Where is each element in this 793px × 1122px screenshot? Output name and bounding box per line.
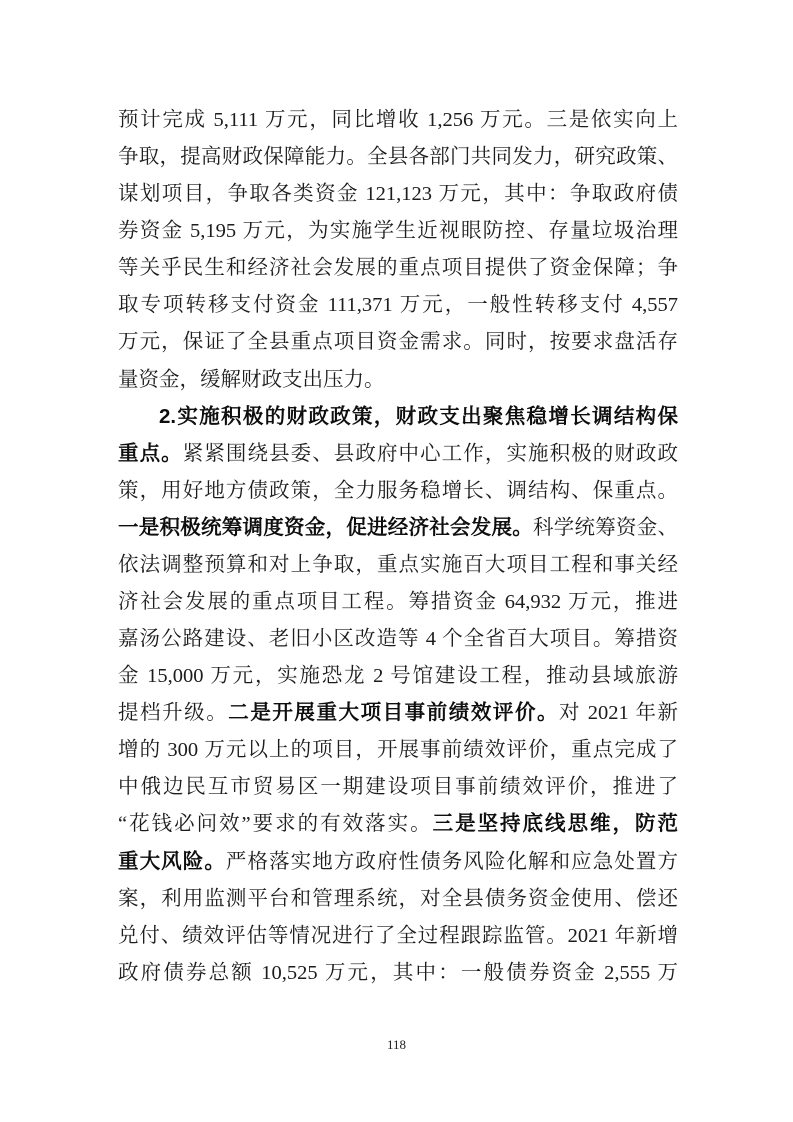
text-run: 兑付、绩效评估等情况进行了全过程跟踪监管。2021 年新增	[118, 925, 678, 947]
text-run: 等关乎民生和经济社会发展的重点项目提供了资金保障；争	[118, 257, 678, 279]
page-number: 118	[0, 1036, 793, 1054]
text-run: 金 15,000 万元，实施恐龙 2 号馆建设工程，推动县域旅游	[118, 665, 678, 687]
text-line: 兑付、绩效评估等情况进行了全过程跟踪监管。2021 年新增	[118, 917, 678, 954]
text-run: 嘉汤公路建设、老旧小区改造等 4 个全省百大项目。筹措资	[118, 628, 678, 650]
text-run: 争取，提高财政保障能力。全县各部门共同发力，研究政策、	[118, 146, 678, 168]
text-run: 科学统筹资金、	[533, 517, 678, 539]
text-run: 依法调整预算和对上争取，重点实施百大项目工程和事关经	[118, 554, 678, 576]
text-run: 券资金 5,195 万元，为实施学生近视眼防控、存量垃圾治理	[118, 220, 678, 242]
text-run: 预计完成 5,111 万元，同比增收 1,256 万元。三是依实向上	[118, 109, 678, 131]
text-run: 增的 300 万元以上的项目，开展事前绩效评价，重点完成了	[118, 739, 678, 761]
text-run-bold: 三是坚持底线思维，防范	[433, 812, 678, 835]
text-line: “花钱必问效”要求的有效落实。三是坚持底线思维，防范	[118, 805, 678, 842]
text-line: 预计完成 5,111 万元，同比增收 1,256 万元。三是依实向上	[118, 101, 678, 138]
text-run-bold: 一是积极统筹调度资金，促进经济社会发展。	[118, 516, 533, 539]
text-line: 重点。紧紧围绕县委、县政府中心工作，实施积极的财政政	[118, 435, 678, 472]
text-line: 中俄边民互市贸易区一期建设项目事前绩效评价，推进了	[118, 768, 678, 805]
text-run: 案，利用监测平台和管理系统，对全县债务资金使用、偿还	[118, 888, 678, 910]
text-line: 重大风险。严格落实地方政府性债务风险化解和应急处置方	[118, 843, 678, 880]
text-line: 一是积极统筹调度资金，促进经济社会发展。科学统筹资金、	[118, 509, 678, 546]
text-run: 策，用好地方债政策，全力服务稳增长、调结构、保重点。	[118, 480, 678, 502]
text-run: 中俄边民互市贸易区一期建设项目事前绩效评价，推进了	[118, 776, 678, 798]
text-run: 严格落实地方政府性债务风险化解和应急处置方	[226, 851, 678, 873]
text-run: “花钱必问效”要求的有效落实。	[118, 813, 433, 835]
text-run: 谋划项目，争取各类资金 121,123 万元，其中：争取政府债	[118, 183, 678, 205]
document-page: 预计完成 5,111 万元，同比增收 1,256 万元。三是依实向上 争取，提高…	[0, 0, 793, 1122]
text-line: 争取，提高财政保障能力。全县各部门共同发力，研究政策、	[118, 138, 678, 175]
text-run-bold: 重大风险。	[118, 850, 226, 873]
text-line-paragraph-end: 量资金，缓解财政支出压力。	[118, 361, 678, 398]
text-run-bold: 重点。	[118, 442, 183, 465]
text-line: 政府债券总额 10,525 万元，其中：一般债券资金 2,555 万	[118, 954, 678, 991]
text-line: 增的 300 万元以上的项目，开展事前绩效评价，重点完成了	[118, 731, 678, 768]
text-line: 济社会发展的重点项目工程。筹措资金 64,932 万元，推进	[118, 583, 678, 620]
text-run: 万元，保证了全县重点项目资金需求。同时，按要求盘活存	[118, 331, 678, 353]
text-line: 取专项转移支付资金 111,371 万元，一般性转移支付 4,557	[118, 286, 678, 323]
text-run: 量资金，缓解财政支出压力。	[118, 369, 385, 391]
text-line: 等关乎民生和经济社会发展的重点项目提供了资金保障；争	[118, 249, 678, 286]
text-line: 金 15,000 万元，实施恐龙 2 号馆建设工程，推动县域旅游	[118, 657, 678, 694]
text-line: 依法调整预算和对上争取，重点实施百大项目工程和事关经	[118, 546, 678, 583]
text-run: 政府债券总额 10,525 万元，其中：一般债券资金 2,555 万	[118, 962, 678, 984]
body-text-block: 预计完成 5,111 万元，同比增收 1,256 万元。三是依实向上 争取，提高…	[118, 101, 678, 991]
text-run-bold: 2.实施积极的财政政策，财政支出聚焦稳增长调结构保	[159, 405, 678, 428]
text-line: 案，利用监测平台和管理系统，对全县债务资金使用、偿还	[118, 880, 678, 917]
text-line: 万元，保证了全县重点项目资金需求。同时，按要求盘活存	[118, 323, 678, 360]
text-line: 嘉汤公路建设、老旧小区改造等 4 个全省百大项目。筹措资	[118, 620, 678, 657]
text-run: 对 2021 年新	[559, 702, 678, 724]
text-run-bold: 二是开展重大项目事前绩效评价。	[228, 701, 559, 724]
text-run: 济社会发展的重点项目工程。筹措资金 64,932 万元，推进	[118, 591, 678, 613]
text-run: 提档升级。	[118, 702, 228, 724]
text-line: 谋划项目，争取各类资金 121,123 万元，其中：争取政府债	[118, 175, 678, 212]
text-line-paragraph-start: 2.实施积极的财政政策，财政支出聚焦稳增长调结构保	[118, 398, 678, 435]
text-line: 券资金 5,195 万元，为实施学生近视眼防控、存量垃圾治理	[118, 212, 678, 249]
text-run: 紧紧围绕县委、县政府中心工作，实施积极的财政政	[183, 443, 678, 465]
text-line: 策，用好地方债政策，全力服务稳增长、调结构、保重点。	[118, 472, 678, 509]
text-line: 提档升级。二是开展重大项目事前绩效评价。对 2021 年新	[118, 694, 678, 731]
text-run: 取专项转移支付资金 111,371 万元，一般性转移支付 4,557	[118, 294, 678, 316]
